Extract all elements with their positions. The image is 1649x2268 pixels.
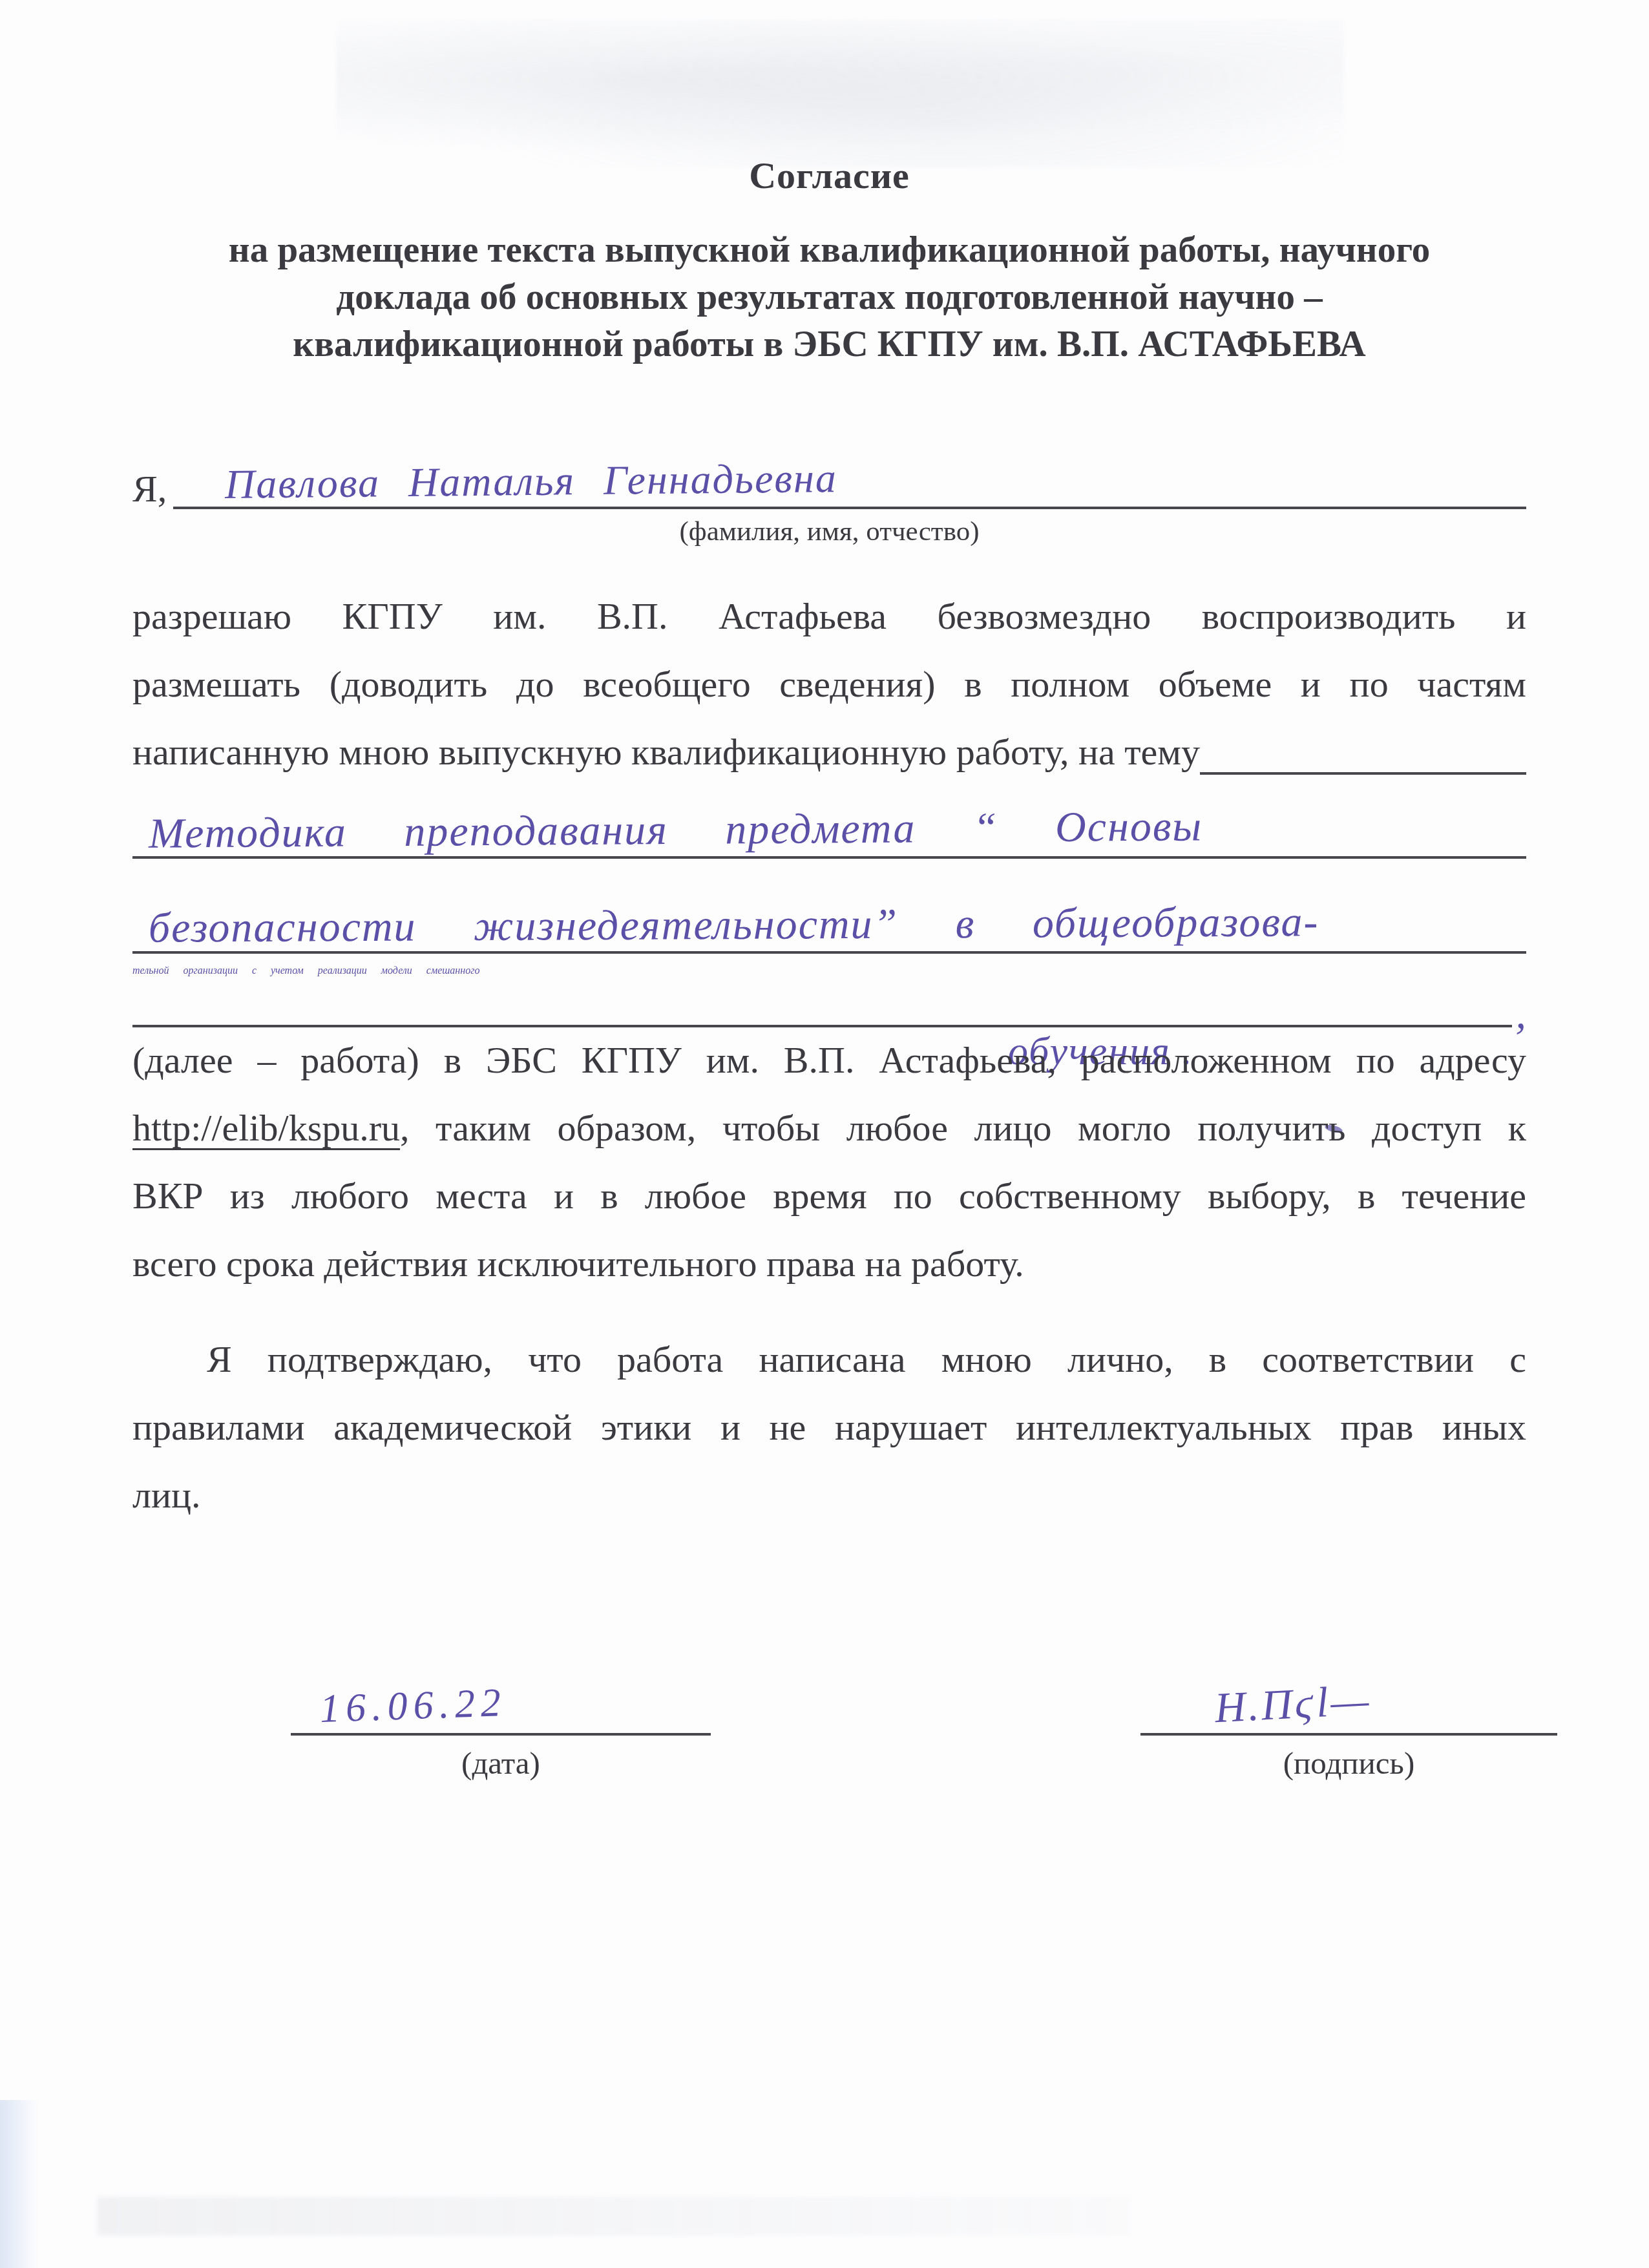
name-underline: Павлова Наталья Геннадьевна <box>173 442 1526 509</box>
date-underline: 16.06.22 <box>291 1668 711 1736</box>
date-handwritten: 16.06.22 <box>319 1680 507 1732</box>
declarant-name-handwritten: Павлова Наталья Геннадьевна <box>225 454 838 509</box>
thesis-trailing-comma: , <box>1512 1002 1527 1027</box>
fio-caption: (фамилия, имя, отчество) <box>132 516 1526 547</box>
permission-line-3-text: написанную мною выпускную квалификационн… <box>132 720 1200 784</box>
ebs-line-2: http://elib/kspu.ru, таким образом, чтоб… <box>132 1097 1526 1160</box>
subtitle-line-2: доклада об основных результатах подготов… <box>132 273 1526 320</box>
subtitle-line-1: на размещение текста выпускной квалифика… <box>132 226 1526 273</box>
declarant-prefix: Я, <box>132 470 167 509</box>
permission-line-3: написанную мною выпускную квалификационн… <box>132 720 1526 784</box>
date-caption: (дата) <box>291 1745 711 1781</box>
document-subtitle: на размещение текста выпускной квалифика… <box>132 226 1526 368</box>
ebs-line-2-rest: , таким образом, чтобы любое лицо могло … <box>400 1107 1526 1149</box>
signature-caption: (подпись) <box>1140 1745 1557 1781</box>
thesis-handwritten-line-3: тельной организации с учетом реализации … <box>132 965 479 976</box>
confirmation-line-2: правилами академической этики и не наруш… <box>132 1396 1526 1459</box>
thesis-underline-2: безопасности жизнедеятельности” в общеоб… <box>132 887 1526 954</box>
permission-line-2: размешать (доводить до всеобщего сведени… <box>132 653 1526 716</box>
ebs-line-4: всего срока действия исключительного пра… <box>132 1232 1526 1296</box>
declarant-row: Я, Павлова Наталья Геннадьевна <box>132 442 1526 509</box>
date-block: 16.06.22 (дата) <box>291 1668 711 1781</box>
thesis-underline-3: тельной организации с учетом реализации … <box>132 965 1512 1027</box>
signature-block: Н.Пϛl— (подпись) <box>1140 1668 1557 1781</box>
scanned-consent-form-page: Согласие на размещение текста выпускной … <box>0 0 1649 2268</box>
signature-underline: Н.Пϛl— <box>1140 1668 1557 1736</box>
scan-noise-bottom <box>97 2197 1131 2236</box>
thesis-handwritten-line-2: безопасности жизнедеятельности” в общеоб… <box>149 898 1319 952</box>
thesis-handwritten-line-1: Методика преподавания предмета “ Основы <box>149 802 1203 858</box>
thesis-line-3-row: тельной организации с учетом реализации … <box>132 965 1526 1027</box>
ebs-line-3: ВКР из любого места и в любое время по с… <box>132 1164 1526 1228</box>
topic-blank-underline <box>1200 720 1526 775</box>
signature-handwritten: Н.Пϛl— <box>1213 1676 1372 1734</box>
scan-noise-top <box>336 19 1344 168</box>
thesis-underline-1: Методика преподавания предмета “ Основы <box>132 792 1526 859</box>
document-title: Согласие <box>132 154 1526 197</box>
scan-edge-artifact <box>0 2100 39 2268</box>
elib-url-text: http://elib/kspu.ru <box>132 1107 400 1149</box>
confirmation-line-1: Я подтверждаю, что работа написана мною … <box>132 1328 1526 1391</box>
subtitle-line-3: квалификационной работы в ЭБС КГПУ им. В… <box>132 320 1526 368</box>
ebs-line-1: (далее – работа) в ЭБС КГПУ им. В.П. Аст… <box>132 1029 1526 1092</box>
confirmation-line-3: лиц. <box>132 1464 1526 1527</box>
permission-line-1: разрешаю КГПУ им. В.П. Астафьева безвозм… <box>132 585 1526 648</box>
